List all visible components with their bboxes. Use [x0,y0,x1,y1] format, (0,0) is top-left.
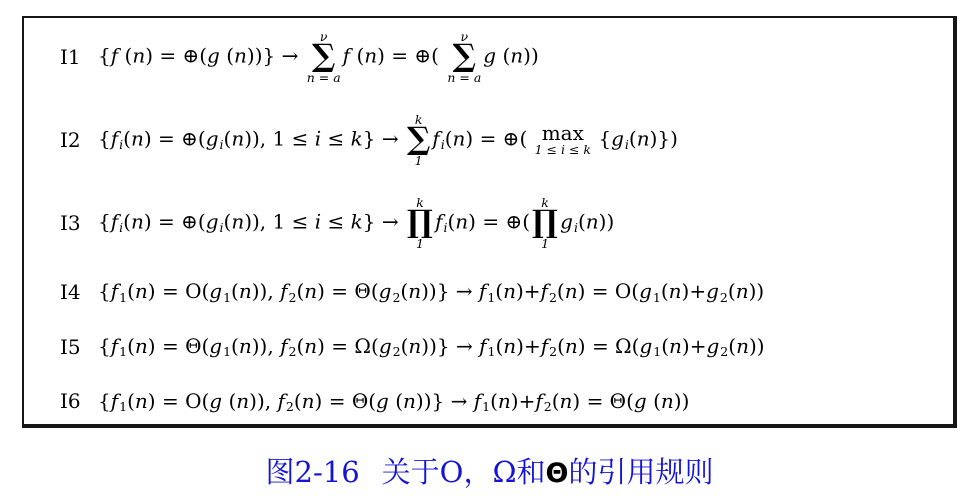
math-token: n [669,334,682,358]
sum-operator: ν∑n = a [447,30,481,84]
math-token: ( [127,279,135,303]
math-token: g [209,279,222,303]
math-token: )), 1 ≤ [244,127,315,151]
math-token: n [302,389,315,413]
math-token: ( [557,279,565,303]
math-token: 2 [549,344,557,359]
math-token: { [98,389,111,413]
math-token: g [611,127,624,151]
math-token: n [131,127,144,151]
math-token: )) [674,389,690,413]
math-token: ))} → [416,389,474,413]
math-token: ( [495,279,503,303]
math-token: n [736,334,749,358]
math-token: ) = Θ( [315,389,376,413]
max-operator: max1 ≤ i ≤ k [535,123,591,157]
rule-formula: {f1(n) = O(g1(n)), f2(n) = Θ(g2(n))} → f… [98,279,764,305]
math-token: f [111,127,118,151]
rule-formula: {fi(n) = ⊕(gi(n)), 1 ≤ i ≤ k} → k∑1fi(n)… [98,113,678,167]
math-token: ) = ⊕( [144,127,206,151]
math-token: } → [363,210,405,234]
math-token: ))} → [421,334,479,358]
math-token: 1 [223,290,231,305]
math-token: 2 [393,344,401,359]
math-token: )), [252,334,280,358]
math-token: n [586,210,599,234]
math-token: n [736,279,749,303]
math-token: ( [490,389,498,413]
theta-symbol: Θ [546,458,569,489]
sum-operator: ν∑n = a [307,30,341,84]
math-token: ))} → [247,44,305,68]
math-token: n [135,334,148,358]
rule-label: I6 [60,389,98,413]
math-token: n [403,389,416,413]
math-token: ))} → [421,279,479,303]
math-token: n [231,127,244,151]
math-token: ( [552,389,560,413]
rules-box: I1{f (n) = ⊕(g (n))} → ν∑n = af (n) = ⊕(… [22,16,957,428]
math-token: ) = ⊕( [377,44,445,68]
math-token: f [343,44,357,68]
math-token: ) = Θ( [148,334,209,358]
math-token: f [541,334,548,358]
rule-formula: {f1(n) = Θ(g1(n)), f2(n) = Ω(g2(n))} → f… [98,334,765,360]
math-token: 2 [544,399,552,414]
math-token: n [132,44,145,68]
figure-number: 图2-16 [266,455,360,489]
rule-row-I1: I1{f (n) = ⊕(g (n))} → ν∑n = af (n) = ⊕(… [60,30,945,84]
math-token: n [637,127,650,151]
math-token: n [236,389,249,413]
math-token: ( [661,279,669,303]
math-token: n [408,334,421,358]
math-token: ( [231,334,239,358]
figure-caption: 图2-16关于O，Ω和Θ的引用规则 [0,450,979,491]
math-token: )) [599,210,615,234]
math-token: 2 [720,290,728,305]
math-token: )), [252,279,280,303]
math-token: n [453,127,466,151]
math-token: g [379,279,392,303]
math-token: } → [363,127,405,151]
math-token: n [408,279,421,303]
math-token: ≤ [321,210,350,234]
product-operator: k∏1 [532,196,558,250]
math-token: )) [749,334,765,358]
math-token: k [351,210,363,234]
math-token: 1 [119,290,127,305]
math-token: ) = ⊕( [145,44,207,68]
rule-label: I1 [60,45,98,69]
math-token: ( [445,127,453,151]
math-token: ( [728,279,736,303]
math-token: g [379,334,392,358]
math-token: 1 [653,290,661,305]
math-token: { [98,127,111,151]
math-token: ( [294,389,302,413]
math-token: ( [123,127,131,151]
math-token: f [474,389,481,413]
math-token: 2 [549,290,557,305]
math-token: f [111,210,118,234]
math-token: ) = ⊕( [468,210,530,234]
math-token: n [669,279,682,303]
product-operator: k∏1 [407,196,433,250]
math-token: g [209,334,222,358]
math-token: n [503,334,516,358]
math-token: ( [728,334,736,358]
math-token: )), [249,389,277,413]
math-token: f [280,279,287,303]
math-token: ) = Θ( [572,389,633,413]
math-token: f [435,210,442,234]
math-token: n [503,279,516,303]
math-token: { [98,334,111,358]
rule-row-I4: I4{f1(n) = O(g1(n)), f2(n) = Θ(g2(n))} →… [60,279,945,305]
document-page: I1{f (n) = ⊕(g (n))} → ν∑n = af (n) = ⊕(… [0,0,979,502]
math-token: g [483,44,502,68]
math-token: f [277,389,284,413]
caption-text-before: 关于O，Ω和 [382,455,546,489]
math-token: n [560,389,573,413]
math-token: f [535,389,542,413]
math-token: ( [629,127,637,151]
math-token: { [592,127,611,151]
rule-row-I3: I3{fi(n) = ⊕(gi(n)), 1 ≤ i ≤ k} → k∏1fi(… [60,196,945,250]
math-token: n [455,210,468,234]
rule-row-I2: I2{fi(n) = ⊕(gi(n)), 1 ≤ i ≤ k} → k∑1fi(… [60,113,945,167]
math-token: n [135,279,148,303]
math-token: ( [557,334,565,358]
math-token: f [111,279,118,303]
math-token: ( [127,389,135,413]
rule-label: I4 [60,280,98,304]
rule-formula: {f (n) = ⊕(g (n))} → ν∑n = af (n) = ⊕( ν… [98,30,539,84]
math-token: f [111,334,118,358]
math-token: 1 [482,399,490,414]
math-token: 2 [286,399,294,414]
math-token: g [206,127,219,151]
rule-row-I6: I6{f1(n) = O(g (n)), f2(n) = Θ(g (n))} →… [60,389,945,415]
math-token: )) [749,279,765,303]
math-token: ( [661,334,669,358]
math-token: )), 1 ≤ [244,210,315,234]
caption-text-after: 的引用规则 [568,455,713,489]
math-token: n [234,44,247,68]
math-token: n [565,279,578,303]
math-token: ( [127,334,135,358]
math-token: ( [653,389,661,413]
math-token: g [560,210,573,234]
math-token: ) = Θ( [317,279,378,303]
math-token: n [304,334,317,358]
math-token: 1 [223,344,231,359]
math-token: ( [578,210,586,234]
math-token: ) = Ω( [578,334,640,358]
math-token: n [239,279,252,303]
math-token: n [239,334,252,358]
math-token: n [498,389,511,413]
math-token: f [541,279,548,303]
rule-label: I5 [60,335,98,359]
math-token: ) = O( [148,389,209,413]
rule-formula: {fi(n) = ⊕(gi(n)), 1 ≤ i ≤ k} → k∏1fi(n)… [98,196,614,250]
math-token: 1 [119,399,127,414]
rule-label: I3 [60,211,98,235]
math-token: )+ [516,334,541,358]
math-token: f [432,127,439,151]
math-token: ( [231,279,239,303]
math-token: n [510,44,523,68]
math-token: ( [395,389,403,413]
math-token: n [135,389,148,413]
math-token: )+ [516,279,541,303]
math-token: g [376,389,395,413]
rule-label: I2 [60,128,98,152]
math-token: 1 [119,344,127,359]
math-token: n [131,210,144,234]
math-token: g [634,389,653,413]
math-token: )+ [682,279,707,303]
math-token: ) = ⊕( [465,127,533,151]
math-token: { [98,279,111,303]
math-token: g [206,210,219,234]
math-token: f [111,389,118,413]
math-token: f [479,334,486,358]
math-token: g [706,279,719,303]
math-token: g [639,334,652,358]
rule-row-I5: I5{f1(n) = Θ(g1(n)), f2(n) = Ω(g2(n))} →… [60,334,945,360]
math-token: n [231,210,244,234]
math-token: n [364,44,377,68]
rule-formula: {f1(n) = O(g (n)), f2(n) = Θ(g (n))} → f… [98,389,689,415]
math-token: )}) [650,127,678,151]
math-token: ) = O( [148,279,209,303]
sum-operator: k∑1 [407,113,430,167]
math-token: g [706,334,719,358]
math-token: n [661,389,674,413]
math-token: ( [226,44,234,68]
math-token: ≤ [321,127,350,151]
math-token: n [304,279,317,303]
math-token: g [207,44,226,68]
math-token: g [209,389,228,413]
math-token: n [565,334,578,358]
math-token: f [111,44,125,68]
math-token: ) = Ω( [317,334,379,358]
math-token: { [98,44,111,68]
math-token: k [351,127,363,151]
math-token: g [639,279,652,303]
math-token: { [98,210,111,234]
math-token: )+ [682,334,707,358]
math-token: ( [123,210,131,234]
math-token: ) = ⊕( [144,210,206,234]
math-token: f [280,334,287,358]
math-token: )+ [511,389,536,413]
math-token: f [479,279,486,303]
math-token: )) [523,44,539,68]
math-token: ) = O( [578,279,639,303]
